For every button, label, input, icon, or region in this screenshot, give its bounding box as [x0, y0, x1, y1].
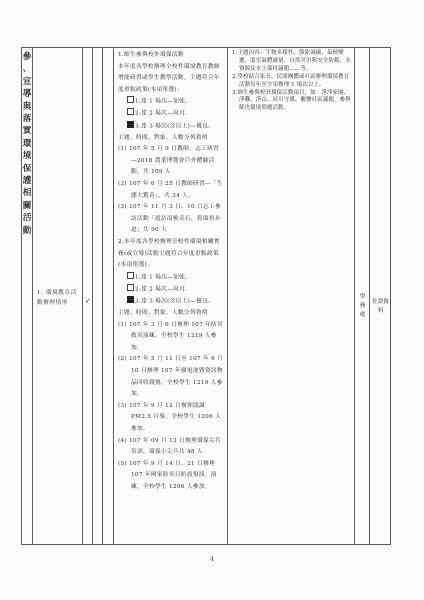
unchecked-box-icon[interactable] [127, 272, 134, 279]
option-label: 3.達 3 場次(含以上)—優良。 [135, 298, 214, 304]
option-item: 2.達 2 場次—尚可。 [118, 284, 224, 296]
section-title-char: 導 [23, 88, 32, 100]
section-title-char: 動 [23, 225, 32, 237]
section-title-char: 保 [23, 163, 32, 175]
unchecked-box-icon[interactable] [127, 96, 134, 103]
part1-desc: 本年度各學校辦理全校性環境教育教師增能研習或學生教學活動，主題符合年度重點政策(… [118, 62, 224, 97]
option-label: 2.達 2 場次—尚可。 [135, 286, 191, 292]
entry-item: (4) 107 年 09 月 13 日辦理環保尖兵培訓，環保小尖兵共 48 人 [118, 436, 224, 459]
unit-char: 處 [355, 311, 370, 320]
content-cell: 1.師生參與校外環保活動 本年度各學校辦理全校性環境教育教師增能研習或學生教學活… [114, 48, 228, 545]
entry-item: (3) 107 年 9 月 12 日辦理認識 PM2.5 宣導，全校學生 120… [118, 401, 224, 436]
section-title-char: 關 [23, 200, 32, 212]
entry-item: (1) 107 年 3 月 6 日辦理 107 年防災救災演練，全校學生 121… [118, 320, 224, 355]
entry-item: (5) 107 年 9 月 14 日、21 日辦理 107 年國家防災日防震預演… [118, 459, 224, 494]
entry-item: (3) 107 年 11 月 3 日、10 日志工參訪活動「遊訪南雅奇石，鼻頭角… [118, 202, 224, 237]
page-number: 4 [0, 556, 424, 563]
option-item: 3.達 3 場次(含以上)—優良。 [118, 296, 224, 308]
part2-desc: 2.本年度各學校辦理全校性環境相關實務(或宣導)活動主題符合年度重點政策(本項單… [118, 237, 224, 272]
item-label: 1. 環境教育活動辦理情形 [33, 288, 81, 308]
section-title-cell: 參、宣導與落實環境保護相關活動 [22, 48, 33, 545]
empty-score-cell-1[interactable] [93, 48, 103, 545]
unit-cell: 學務處 [355, 48, 370, 545]
section-title-char: 活 [23, 212, 32, 224]
section-title: 參、宣導與落實環境保護相關活動 [23, 51, 32, 237]
checked-box-icon[interactable] [127, 296, 134, 303]
section-title-char: 境 [23, 150, 32, 162]
unit-char: 學 [355, 293, 370, 302]
unchecked-box-icon[interactable] [127, 284, 134, 291]
option-label: 1.達 1 場次—加強。 [135, 99, 191, 105]
evidence-label: 佐證資料 [370, 298, 391, 316]
option-label: 2.達 2 場次—尚可。 [135, 111, 191, 117]
evidence-cell: 佐證資料 [370, 48, 391, 545]
unit-char: 務 [355, 302, 370, 311]
option-item: 1.達 1 場次—加強。 [118, 96, 224, 108]
note-item: 3.師生參與校外環保活動項目，如：淨淨家園、淨灘、淨山、河川守護、關懷社區議題，… [239, 90, 351, 114]
empty-score-cell-2[interactable] [103, 48, 114, 545]
section-title-char: 、 [23, 63, 32, 75]
option-item: 1.達 1 場次—加強。 [118, 272, 224, 284]
option-label: 1.達 1 場次—加強。 [135, 274, 191, 280]
section-title-char: 相 [23, 187, 32, 199]
option-item: 3.達 3 場次(含以上)—優良。 [118, 121, 224, 133]
section-title-char: 落 [23, 113, 32, 125]
section-title-char: 參 [23, 51, 32, 63]
item-cell: 1. 環境教育活動辦理情形 [33, 48, 83, 545]
option-label: 3.達 3 場次(含以上)—優良。 [135, 123, 214, 129]
note-item: 2.學校結合家長、民間團體或社區辦理環境教育活動每年至少須辦理 1 場次以上。 [239, 74, 351, 90]
checked-box-icon[interactable] [127, 121, 134, 128]
entry-item: (1) 107 年 5 月 9 日教師、志工研習—2018 農業博覽會戶外體驗活… [118, 144, 224, 179]
note-item: 1.主題內容：生物多樣性、節能減碳、氣候變遷、溫室氣體減量、自然災害與安全防範、… [239, 50, 351, 74]
unchecked-box-icon[interactable] [127, 108, 134, 115]
section-title-char: 宣 [23, 76, 32, 88]
option-item: 2.達 2 場次—尚可。 [118, 108, 224, 120]
entry-item: (2) 107 年 6 月 25 日教師研習—「生態大驚奇」，共 34 人。 [118, 179, 224, 202]
part1-detail-intro: 主題、時間、對象、人數分列敘明 [118, 133, 224, 145]
checkmark-icon: ✓ [85, 297, 91, 305]
entry-item: (2) 107 年 5 月 11 日至 107 年 6 月 10 日辦理 107… [118, 354, 224, 400]
evaluation-table: 參、宣導與落實環境保護相關活動 1. 環境教育活動辦理情形 ✓ 1.師生參與校外… [21, 47, 391, 545]
notes-cell: 1.主題內容：生物多樣性、節能減碳、氣候變遷、溫室氣體減量、自然災害與安全防範、… [228, 48, 355, 545]
part1-heading: 1.師生參與校外環保活動 [118, 50, 224, 62]
part2-detail-intro: 主題、時間、對象、人數分列敘明 [118, 308, 224, 320]
section-title-char: 護 [23, 175, 32, 187]
check-cell[interactable]: ✓ [83, 48, 93, 545]
section-title-char: 實 [23, 125, 32, 137]
section-title-char: 與 [23, 101, 32, 113]
responsible-unit: 學務處 [355, 293, 370, 320]
section-title-char: 環 [23, 138, 32, 150]
